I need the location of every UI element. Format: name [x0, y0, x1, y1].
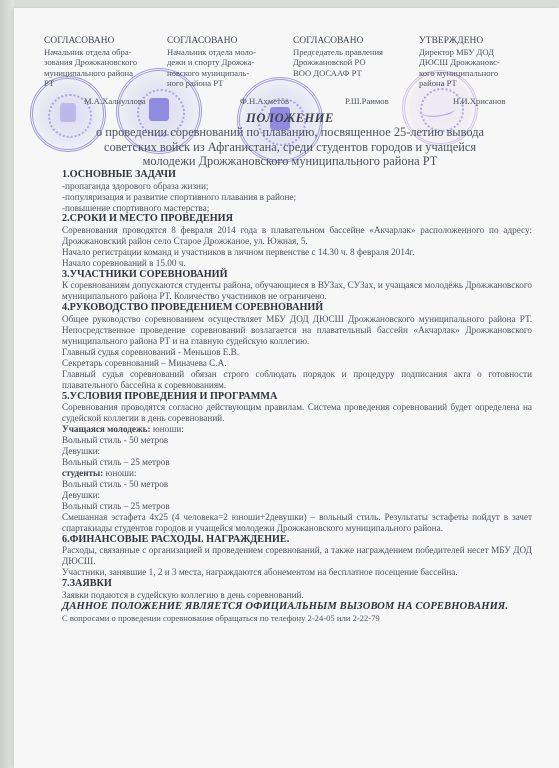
official-notice: ДАННОЕ ПОЛОЖЕНИЕ ЯВЛЯЕТСЯ ОФИЦИАЛЬНЫМ ВЫ…: [62, 601, 532, 613]
document-subtitle-line: о проведении соревнований по плаванию, п…: [40, 125, 540, 140]
approval-heading: УТВЕРЖДЕНО: [419, 36, 529, 46]
approval-signatory: Н.И.Хрисанов: [453, 96, 506, 106]
section-heading-tasks: 1.ОСНОВНЫЕ ЗАДАЧИ: [62, 169, 532, 181]
gender-label: юноши:: [103, 468, 136, 478]
scan-edge: [0, 0, 14, 768]
paragraph: Участники, занявшие 1, 2 и 3 места, нагр…: [62, 567, 532, 578]
section-heading-program: 5.УСЛОВИЯ ПРОВЕДЕНИЯ И ПРОГРАММА: [62, 391, 532, 403]
paragraph: К соревнованиям допускаются студенты рай…: [62, 280, 532, 302]
document-body: 1.ОСНОВНЫЕ ЗАДАЧИ -пропаганда здорового …: [62, 169, 532, 623]
section-heading-management: 4.РУКОВОДСТВО ПРОВЕДЕНИЕМ СОРЕВНОВАНИЙ: [62, 302, 532, 314]
gender-label: Девушки:: [62, 490, 532, 501]
relay-description: Смешанная эстафета 4х25 (4 человека=2 юн…: [62, 512, 532, 534]
approval-line: ного района РТ: [167, 78, 277, 88]
paragraph: Соревнования проводятся согласно действу…: [62, 402, 532, 424]
approval-line: Начальник отдела моло-: [167, 47, 277, 57]
section-heading-participants: 3.УЧАСТНИКИ СОРЕВНОВАНИЙ: [62, 269, 532, 281]
approval-youth-sport-dept: СОГЛАСОВАНО Начальник отдела моло- дежи …: [167, 36, 277, 88]
paragraph: Главный судья соревнований обязан строго…: [62, 369, 532, 391]
approval-signatory: Ф.Н.Ахметов: [240, 96, 289, 106]
document-subtitle-line: советских войск из Афганистана, среди ст…: [40, 140, 540, 155]
event-item: Вольный стиль – 25 метров: [62, 457, 532, 468]
approval-heading: СОГЛАСОВАНО: [44, 36, 154, 46]
paragraph: Общее руководство соревнованием осуществ…: [62, 314, 532, 347]
paragraph: Секретарь соревнований – Миначева С.А.: [62, 358, 532, 369]
section-heading-dates: 2.СРОКИ И МЕСТО ПРОВЕДЕНИЯ: [62, 213, 532, 225]
contact-info: С вопросами о проведении соревнования об…: [62, 613, 532, 623]
approval-line: зования Дрожжановского: [44, 57, 154, 67]
category-youth: Учащаяся молодежь: юноши:: [62, 424, 532, 435]
approval-heading: СОГЛАСОВАНО: [293, 36, 408, 46]
approval-signatory: Р.Ш.Раимов: [345, 96, 389, 106]
section-heading-applications: 7.ЗАЯВКИ: [62, 578, 532, 590]
approval-line: РТ: [44, 78, 154, 88]
approval-education-dept: СОГЛАСОВАНО Начальник отдела обра- зован…: [44, 36, 154, 88]
category-label: студенты:: [62, 468, 103, 478]
section-heading-finance: 6.ФИНАНСОВЫЕ РАСХОДЫ. НАГРАЖДЕНИЕ.: [62, 534, 532, 546]
paragraph: Соревнования проводятся 8 февраля 2014 г…: [62, 225, 532, 247]
approval-dosaaf: СОГЛАСОВАНО Председатель правления Дрожж…: [293, 36, 408, 78]
approval-line: кого муниципального: [419, 68, 529, 78]
paragraph: Расходы, связанные с организацией и пров…: [62, 545, 532, 567]
approval-heading: СОГЛАСОВАНО: [167, 36, 277, 46]
event-item: Вольный стиль - 50 метров: [62, 435, 532, 446]
paragraph: Заявки подаются в судейскую коллегию в д…: [62, 590, 532, 601]
list-item: -популяризация и развитие спортивного пл…: [62, 192, 532, 203]
document-subtitle-line: молодежи Дрожжановского муниципального р…: [40, 154, 540, 169]
approval-line: Дрожжановской РО: [293, 57, 408, 67]
gender-label: Девушки:: [62, 446, 532, 457]
document-title: ПОЛОЖЕНИЕ: [40, 111, 540, 125]
document-title-block: ПОЛОЖЕНИЕ о проведении соревнований по п…: [40, 111, 540, 169]
paragraph: Главный судья соревнований - Меньшов Е.В…: [62, 347, 532, 358]
approval-line: района РТ: [419, 78, 529, 88]
gender-label: юноши:: [151, 424, 184, 434]
event-item: Вольный стиль - 50 метров: [62, 479, 532, 490]
category-label: Учащаяся молодежь:: [62, 424, 151, 434]
paragraph: Начало соревнований в 15.00 ч.: [62, 258, 532, 269]
approval-sports-school: УТВЕРЖДЕНО Директор МБУ ДОД ДЮСШ Дрожжан…: [419, 36, 529, 88]
approval-line: муниципального района: [44, 68, 154, 78]
event-item: Вольный стиль – 25 метров: [62, 501, 532, 512]
approval-line: ДЮСШ Дрожжановс-: [419, 57, 529, 67]
category-students: студенты: юноши:: [62, 468, 532, 479]
approval-signatory: М.А.Халиуллова: [84, 96, 146, 106]
approval-line: дежи и спорту Дрожжа-: [167, 57, 277, 67]
approval-line: Директор МБУ ДОД: [419, 47, 529, 57]
approval-line: Председатель правления: [293, 47, 408, 57]
approval-line: новского муниципаль-: [167, 68, 277, 78]
approval-line: ВОО ДОСААФ РТ: [293, 68, 408, 78]
approval-block: СОГЛАСОВАНО Начальник отдела обра- зован…: [0, 36, 559, 106]
paragraph: Начало регистрации команд и участников в…: [62, 247, 532, 258]
list-item: -пропаганда здорового образа жизни;: [62, 181, 532, 192]
list-item: -повышение спортивного мастерства;: [62, 203, 532, 214]
approval-line: Начальник отдела обра-: [44, 47, 154, 57]
